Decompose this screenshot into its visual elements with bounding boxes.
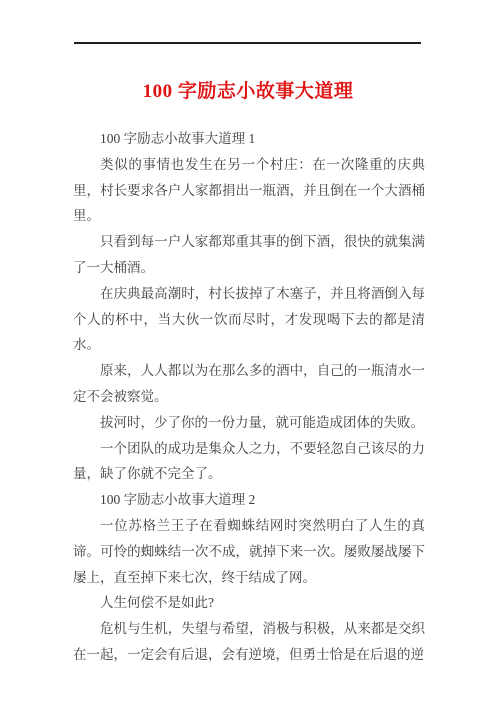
document-page: 100 字励志小故事大道理 100 字励志小故事大道理 1 类似的事情也发生在另… — [0, 0, 496, 702]
paragraph: 一位苏格兰王子在看蜘蛛结网时突然明白了人生的真谛。可怜的蜘蛛结一次不成，就掉下来… — [73, 513, 425, 590]
title-divider — [74, 42, 421, 44]
paragraph: 在庆典最高潮时，村长拔掉了木塞子，并且将酒倒入每个人的杯中，当大伙一饮而尽时，才… — [73, 281, 425, 358]
section-heading: 100 字励志小故事大道理 1 — [73, 126, 425, 152]
paragraph: 原来，人人都以为在那么多的酒中，自己的一瓶清水一定不会被察觉。 — [73, 358, 425, 410]
document-body: 100 字励志小故事大道理 1 类似的事情也发生在另一个村庄：在一次隆重的庆典里… — [73, 126, 425, 668]
paragraph: 危机与生机，失望与希望，消极与积极，从来都是交织在一起，一定会有后退，会有逆境，… — [73, 616, 425, 668]
paragraph: 类似的事情也发生在另一个村庄：在一次隆重的庆典里，村长要求各户人家都捐出一瓶酒，… — [73, 152, 425, 229]
paragraph: 只看到每一户人家都郑重其事的倒下酒，很快的就集满了一大桶酒。 — [73, 229, 425, 281]
paragraph: 一个团队的成功是集众人之力，不要轻忽自己该尽的力量，缺了你就不完全了。 — [73, 436, 425, 488]
document-title: 100 字励志小故事大道理 — [0, 76, 496, 103]
paragraph: 拔河时，少了你的一份力量，就可能造成团体的失败。 — [73, 410, 425, 436]
paragraph: 人生何偿不是如此? — [73, 590, 425, 616]
section-heading: 100 字励志小故事大道理 2 — [73, 487, 425, 513]
